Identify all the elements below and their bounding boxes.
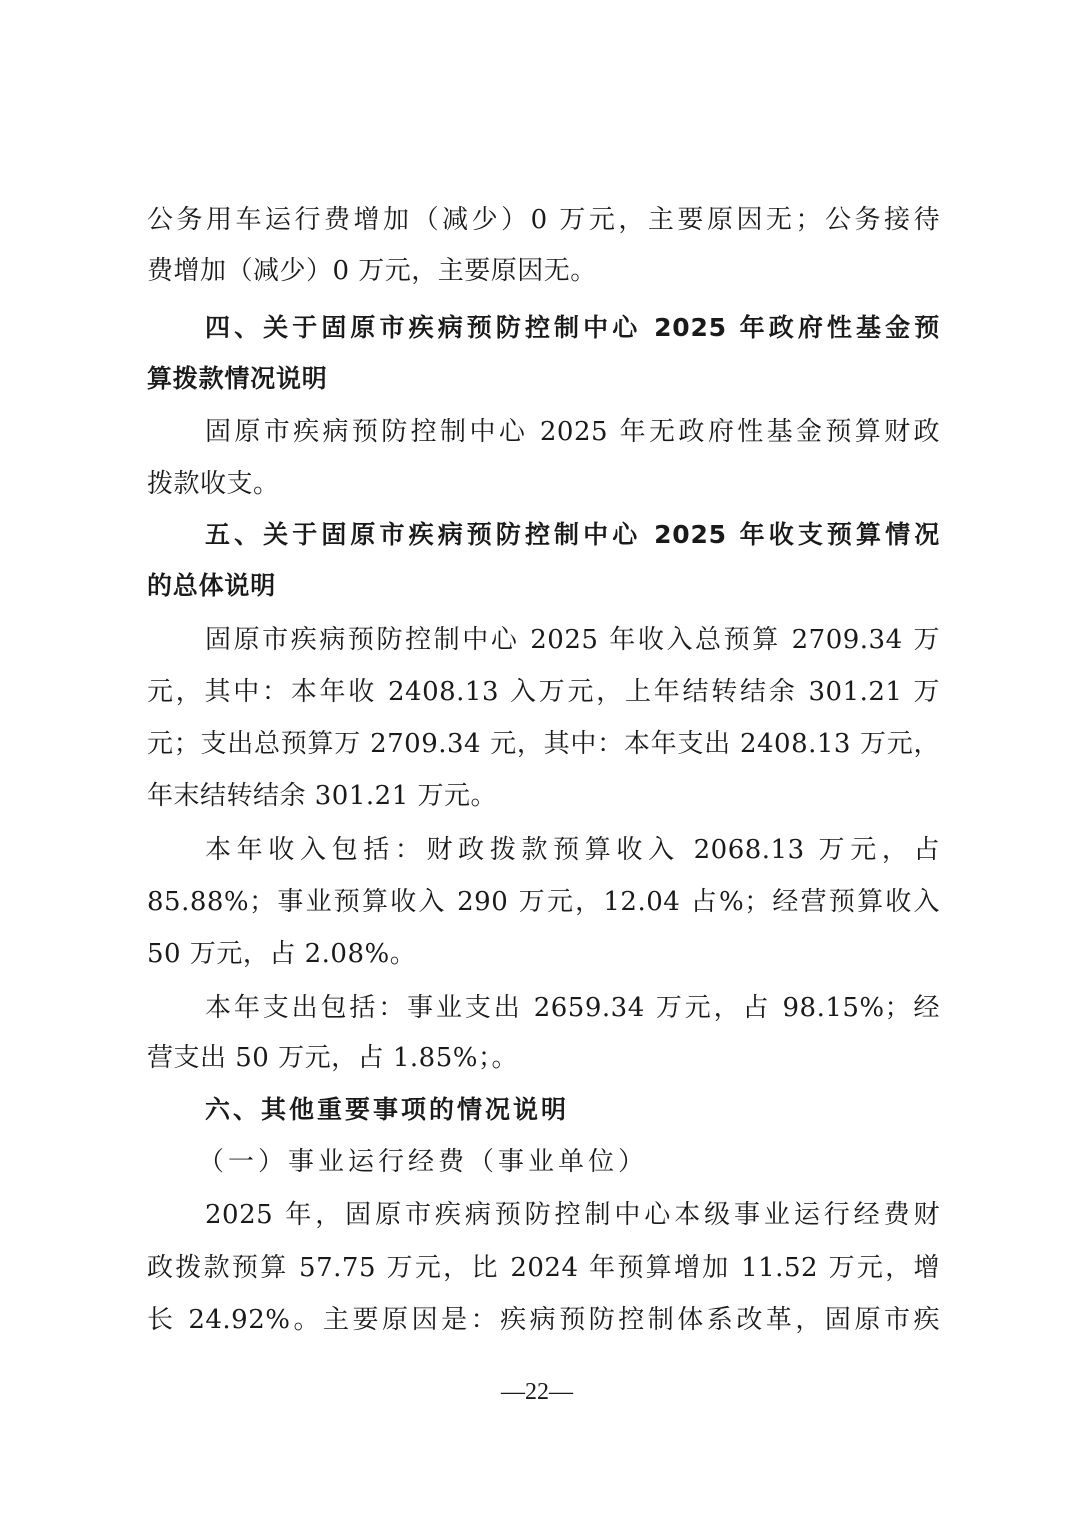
body-text-line: 85.88%；事业预算收入 290 万元，12.04 占%；经营预算收入 xyxy=(147,882,940,922)
page-number: —22— xyxy=(0,1374,1074,1410)
subsection-heading: （一）事业运行经费（事业单位） xyxy=(198,1142,648,1182)
section-heading-5-cont: 的总体说明 xyxy=(147,566,940,606)
body-text-line: 公务用车运行费增加（减少）0 万元，主要原因无；公务接待 xyxy=(147,200,940,240)
body-text-line: 固原市疾病预防控制中心 2025 年收入总预算 2709.34 万 xyxy=(205,620,940,660)
body-text-line: 费增加（减少）0 万元，主要原因无。 xyxy=(147,251,940,291)
section-heading-5: 五、关于固原市疾病预防控制中心 2025 年收支预算情况 xyxy=(205,515,940,555)
body-text-line: 元，其中：本年收 2408.13 入万元，上年结转结余 301.21 万 xyxy=(147,672,940,712)
section-heading-4: 四、关于固原市疾病预防控制中心 2025 年政府性基金预 xyxy=(205,308,940,348)
body-text-line: 政拨款预算 57.75 万元，比 2024 年预算增加 11.52 万元，增 xyxy=(147,1248,940,1288)
body-text-line: 2025 年，固原市疾病预防控制中心本级事业运行经费财 xyxy=(205,1195,940,1235)
body-text-line: 本年支出包括：事业支出 2659.34 万元，占 98.15%；经 xyxy=(205,988,940,1028)
document-page: 公务用车运行费增加（减少）0 万元，主要原因无；公务接待 费增加（减少）0 万元… xyxy=(0,0,1074,1520)
body-text-line: 50 万元，占 2.08%。 xyxy=(147,934,940,974)
body-text-line: 元；支出总预算万 2709.34 元，其中：本年支出 2408.13 万元， xyxy=(147,724,940,764)
body-text-line: 固原市疾病预防控制中心 2025 年无政府性基金预算财政 xyxy=(205,412,940,452)
body-text-line: 营支出 50 万元，占 1.85%；。 xyxy=(147,1038,940,1078)
body-text-line: 长 24.92%。主要原因是：疾病预防控制体系改革，固原市疾 xyxy=(147,1300,940,1340)
body-text-line: 拨款收支。 xyxy=(147,464,940,504)
body-text-line: 年末结转结余 301.21 万元。 xyxy=(147,776,940,816)
body-text-line: 本年收入包括：财政拨款预算收入 2068.13 万元，占 xyxy=(205,830,940,870)
section-heading-6: 六、其他重要事项的情况说明 xyxy=(205,1090,569,1130)
section-heading-4-cont: 算拨款情况说明 xyxy=(147,359,940,399)
